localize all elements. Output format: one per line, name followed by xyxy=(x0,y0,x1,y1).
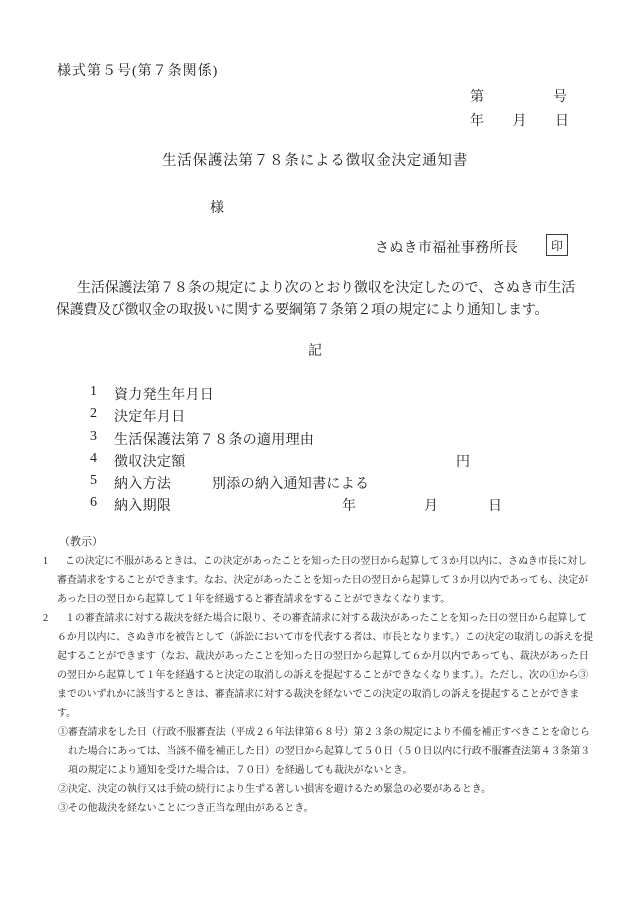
item-value: 別添の納入通知書による xyxy=(212,473,369,493)
notice-item-text: この決定に不服があるときは、この決定があったことを知った日の翌日から起算して３か… xyxy=(57,556,588,605)
item-number: 3 xyxy=(90,429,97,445)
notice-item-number: 1 xyxy=(43,552,65,571)
item-label: 生活保護法第７８条の適用理由 xyxy=(114,429,314,449)
notice-sub-item-text: 審査請求をした日（行政不服審査法（平成２６年法律第６８号）第２３条の規定により不… xyxy=(68,727,590,776)
list-item: 6 納入期限 年 月 日 xyxy=(0,495,630,517)
item-label: 徴収決定額 xyxy=(114,451,186,471)
body-paragraph: 生活保護法第７８条の規定により次のとおり徴収を決定したので、さぬき市生活保護費及… xyxy=(56,278,575,322)
list-item: 1 資力発生年月日 xyxy=(0,384,630,406)
document-number-line: 第 号 xyxy=(470,86,567,106)
issuer-name: さぬき市福祉事務所長 xyxy=(375,237,518,257)
seal-box: 印 xyxy=(546,234,568,256)
amount-unit-label: 円 xyxy=(456,451,470,471)
date-line: 年 月 日 xyxy=(470,110,569,130)
item-number: 5 xyxy=(90,473,97,489)
deadline-year-label: 年 xyxy=(342,495,356,515)
list-item: 2 決定年月日 xyxy=(0,406,630,428)
notice-sub-item: ①審査請求をした日（行政不服審査法（平成２６年法律第６８号）第２３条の規定により… xyxy=(58,723,596,780)
item-number: 4 xyxy=(90,451,97,467)
item-label: 納入方法 xyxy=(114,473,171,493)
list-item: 4 徴収決定額 円 xyxy=(0,451,630,473)
notice-sub-item-mark: ② xyxy=(58,784,68,795)
notice-item-text: １の審査請求に対する裁決を経た場合に限り、その審査請求に対する裁決があったことを… xyxy=(57,613,593,719)
notice-heading: （教示） xyxy=(59,533,103,549)
notice-item-number: 2 xyxy=(43,609,65,628)
item-number: 1 xyxy=(90,384,97,400)
item-label: 納入期限 xyxy=(114,495,171,515)
date-year-label: 年 xyxy=(470,110,484,130)
item-list: 1 資力発生年月日 2 決定年月日 3 生活保護法第７８条の適用理由 4 徴収決… xyxy=(0,384,630,518)
list-item: 3 生活保護法第７８条の適用理由 xyxy=(0,429,630,451)
notice-item: 1この決定に不服があるときは、この決定があったことを知った日の翌日から起算して３… xyxy=(43,552,596,609)
notice-section: 1この決定に不服があるときは、この決定があったことを知った日の翌日から起算して３… xyxy=(43,552,596,818)
date-month-label: 月 xyxy=(513,110,527,130)
notice-sub-item-text: 決定、決定の執行又は手続の続行により生ずる著しい損害を避けるため緊急の必要がある… xyxy=(68,784,491,795)
notice-sub-item: ③その他裁決を経ないことにつき正当な理由があるとき。 xyxy=(58,799,596,818)
doc-number-suffix: 号 xyxy=(553,86,567,106)
document-page: 様式第５号(第７条関係) 第 号 年 月 日 生活保護法第７８条による徴収金決定… xyxy=(0,0,630,903)
item-label: 資力発生年月日 xyxy=(114,384,214,404)
addressee-honorific: 様 xyxy=(210,197,224,217)
deadline-month-label: 月 xyxy=(424,495,438,515)
list-item: 5 納入方法 別添の納入通知書による xyxy=(0,473,630,495)
notice-sub-item-mark: ① xyxy=(58,727,68,738)
notice-sub-item: ②決定、決定の執行又は手続の続行により生ずる著しい損害を避けるため緊急の必要があ… xyxy=(58,780,596,799)
form-number: 様式第５号(第７条関係) xyxy=(57,60,218,80)
seal-mark: 印 xyxy=(551,237,563,254)
item-number: 6 xyxy=(90,495,97,511)
notice-sub-item-text: その他裁決を経ないことにつき正当な理由があるとき。 xyxy=(68,803,314,814)
document-title: 生活保護法第７８条による徴収金決定通知書 xyxy=(0,149,630,170)
notice-item: 2１の審査請求に対する裁決を経た場合に限り、その審査請求に対する裁決があったこと… xyxy=(43,609,596,723)
date-day-label: 日 xyxy=(555,110,569,130)
doc-number-prefix: 第 xyxy=(470,86,484,106)
item-number: 2 xyxy=(90,406,97,422)
record-marker: 記 xyxy=(0,340,630,360)
deadline-day-label: 日 xyxy=(488,495,502,515)
notice-sub-item-mark: ③ xyxy=(58,803,68,814)
item-label: 決定年月日 xyxy=(114,406,186,426)
